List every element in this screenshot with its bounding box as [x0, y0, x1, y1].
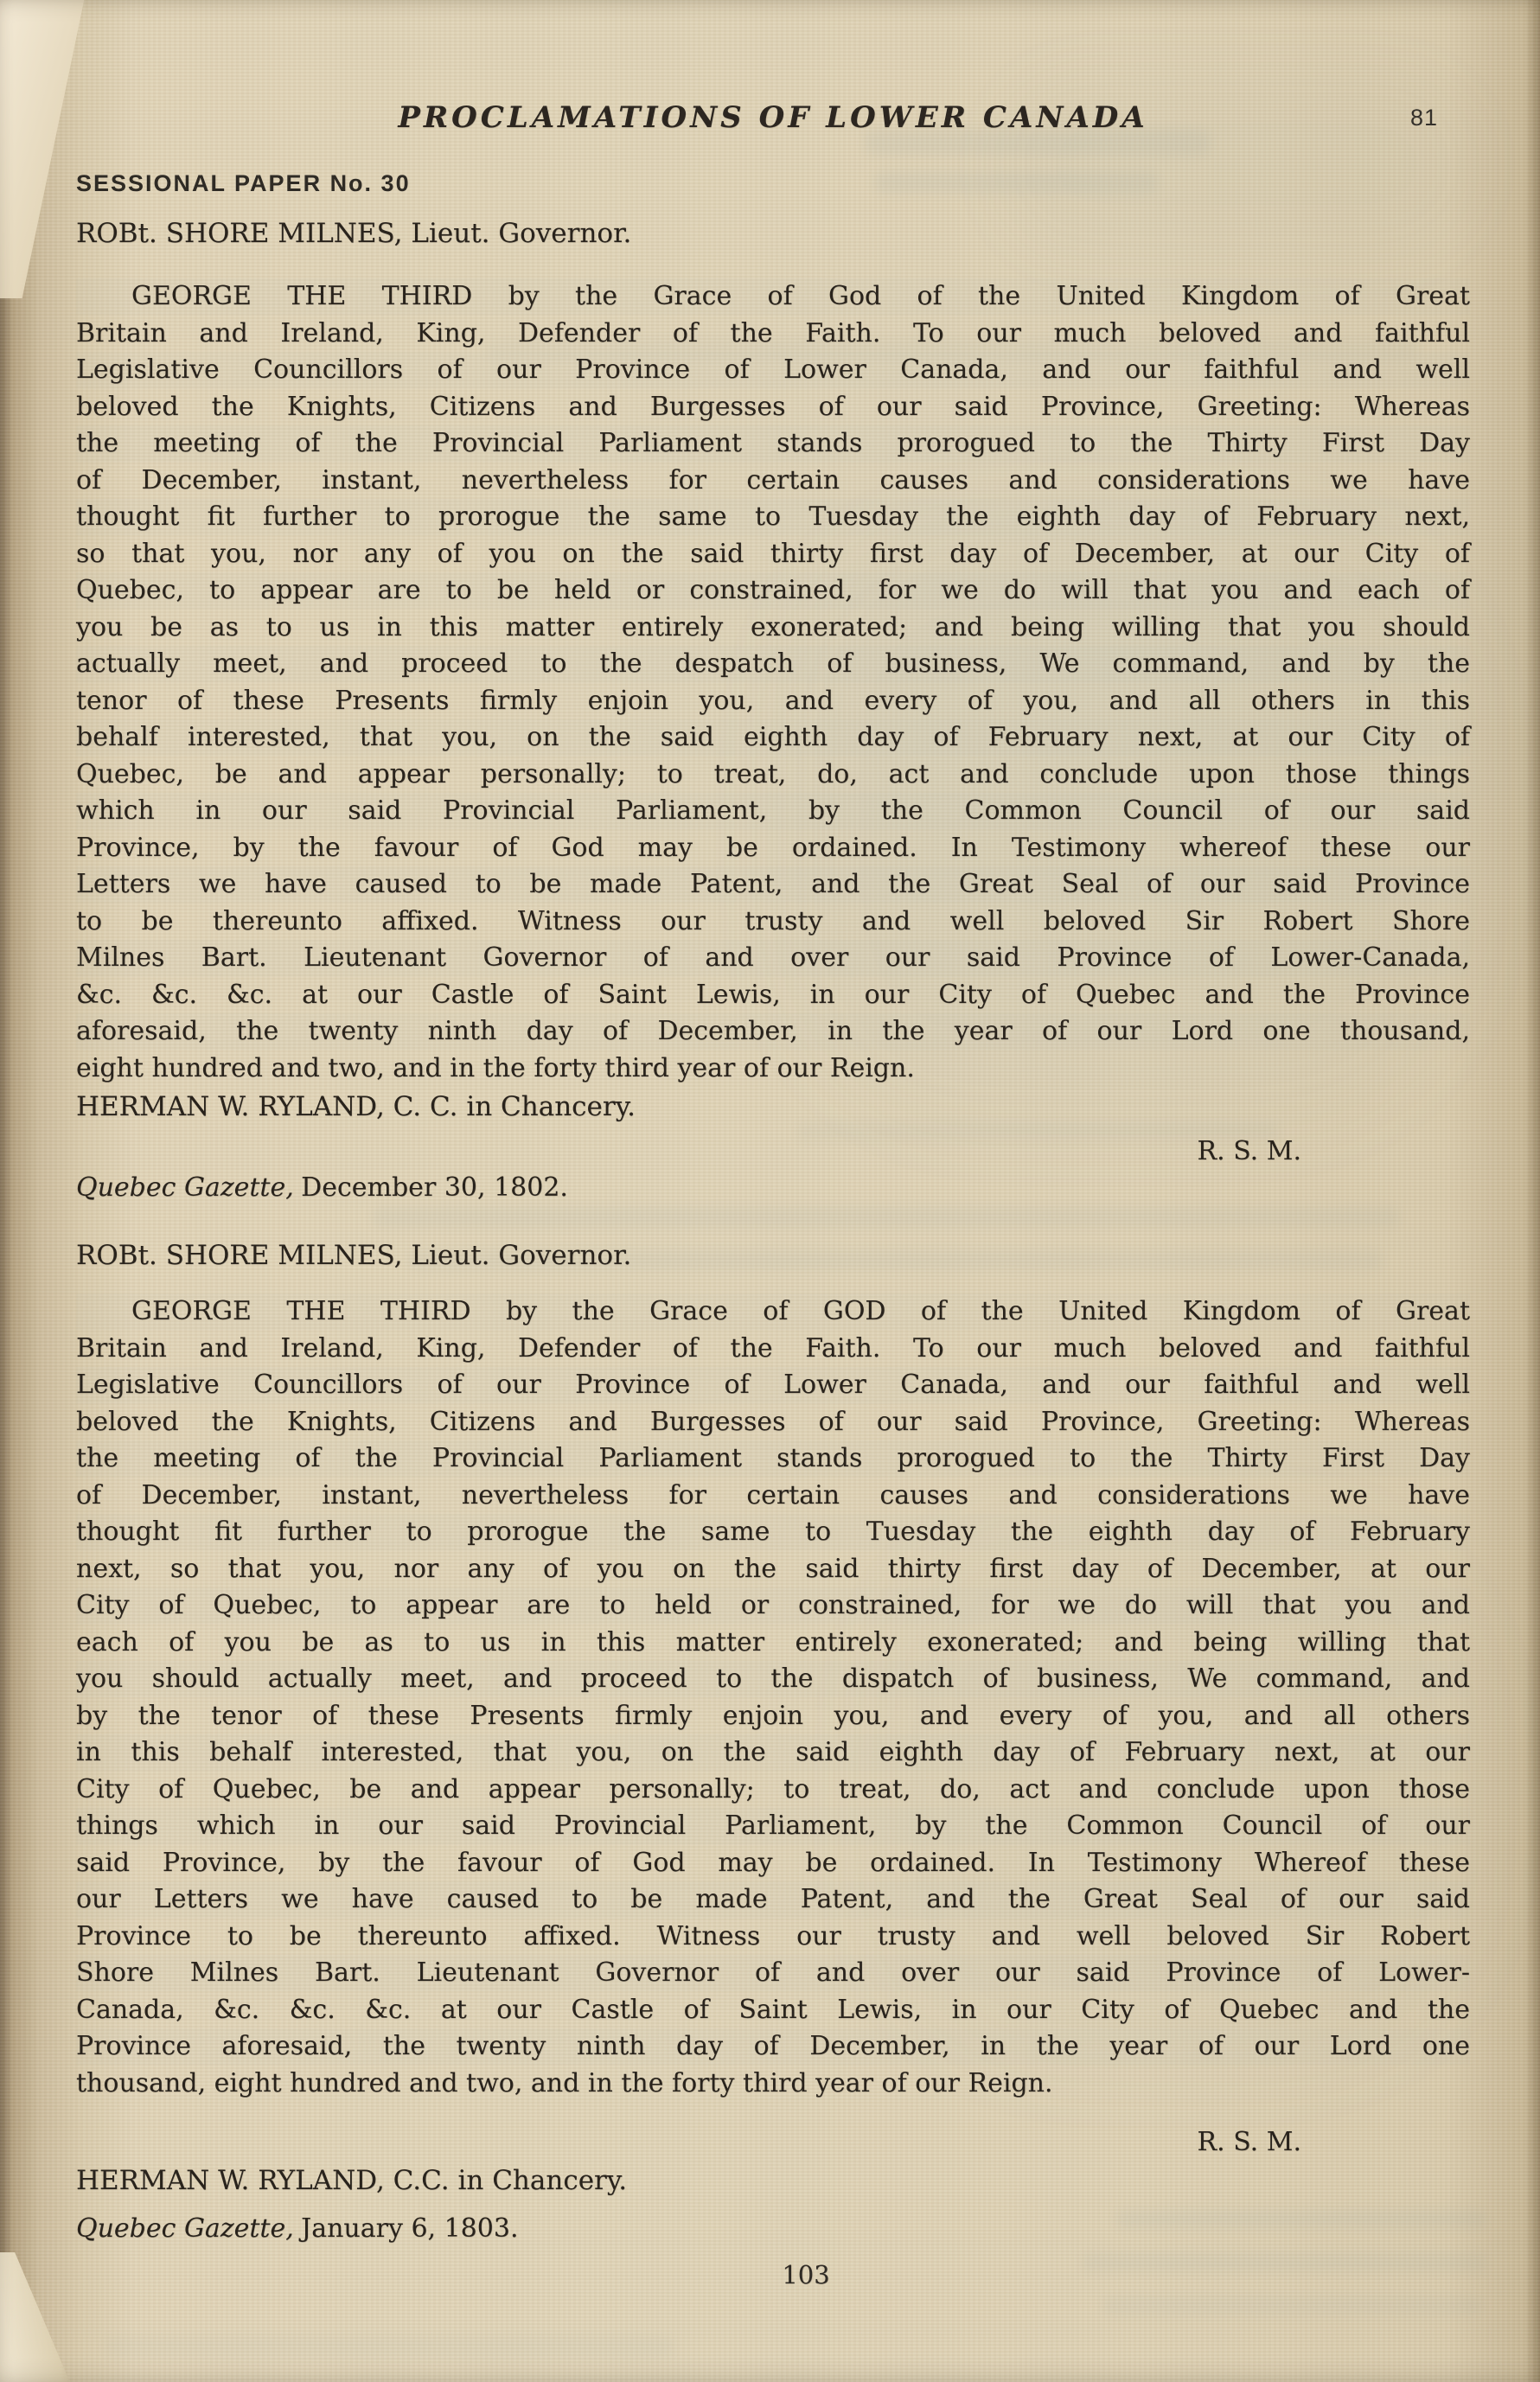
proclamation-heading: ROBt. SHORE MILNES, Lieut. Governor. — [76, 1240, 631, 1271]
governor-initials: R. S. M. — [76, 1136, 1470, 1166]
text-line: in this behalf interested, that you, on … — [76, 1734, 1470, 1772]
clerk-signature: HERMAN W. RYLAND, C. C. in Chancery. — [76, 1091, 636, 1122]
text-line: eight hundred and two, and in the forty … — [76, 1051, 1470, 1088]
show-through-artifact — [1115, 2210, 1487, 2229]
text-line: Legislative Councillors of our Province … — [76, 352, 1470, 389]
text-line: by the tenor of these Presents firmly en… — [76, 1698, 1470, 1735]
text-line: Canada, &c. &c. &c. at our Castle of Sai… — [76, 1992, 1470, 2029]
text-line: Britain and Ireland, King, Defender of t… — [76, 316, 1470, 353]
show-through-artifact — [372, 1207, 1401, 1228]
text-line: &c. &c. &c. at our Castle of Saint Lewis… — [76, 977, 1470, 1014]
sessional-paper-label: SESSIONAL PAPER No. 30 — [76, 170, 411, 197]
show-through-artifact — [104, 2336, 674, 2357]
text-line: of December, instant, nevertheless for c… — [76, 463, 1470, 500]
text-line: so that you, nor any of you on the said … — [76, 536, 1470, 573]
text-line: Quebec, be and appear personally; to tre… — [76, 757, 1470, 794]
text-line: tenor of these Presents firmly enjoin yo… — [76, 683, 1470, 720]
text-line: City of Quebec, to appear are to held or… — [76, 1587, 1470, 1625]
text-line: of December, instant, nevertheless for c… — [76, 1478, 1470, 1515]
text-line: the meeting of the Provincial Parliament… — [76, 425, 1470, 463]
text-line: you be as to us in this matter entirely … — [76, 610, 1470, 647]
proclamation-heading: ROBt. SHORE MILNES, Lieut. Governor. — [76, 218, 631, 249]
text-line: Province, by the favour of God may be or… — [76, 830, 1470, 867]
text-line: our Letters we have caused to be made Pa… — [76, 1881, 1470, 1919]
text-line: Letters we have caused to be made Patent… — [76, 866, 1470, 904]
text-line: actually meet, and proceed to the despat… — [76, 646, 1470, 683]
text-line: GEORGE THE THIRD by the Grace of God of … — [76, 278, 1470, 316]
text-line: you should actually meet, and proceed to… — [76, 1661, 1470, 1698]
page-number-top: 81 — [1410, 105, 1438, 131]
gazette-title: Quebec Gazette, — [76, 2213, 294, 2244]
text-line: behalf interested, that you, on the said… — [76, 719, 1470, 757]
text-line: thousand, eight hundred and two, and in … — [76, 2066, 1470, 2103]
proclamation-body: GEORGE THE THIRD by the Grace of God of … — [76, 278, 1470, 1087]
text-line: GEORGE THE THIRD by the Grace of GOD of … — [76, 1293, 1470, 1331]
gazette-date: January 6, 1803. — [301, 2213, 518, 2244]
show-through-artifact — [1102, 2296, 1483, 2315]
text-line: thought fit further to prorogue the same… — [76, 1514, 1470, 1551]
text-line: Quebec, to appear are to be held or cons… — [76, 572, 1470, 610]
text-line: the meeting of the Provincial Parliament… — [76, 1440, 1470, 1478]
gazette-date: December 30, 1802. — [301, 1172, 568, 1203]
page-curl-bottom-left — [0, 2252, 82, 2382]
text-line: next, so that you, nor any of you on the… — [76, 1551, 1470, 1588]
text-line: things which in our said Provincial Parl… — [76, 1808, 1470, 1845]
gazette-citation: Quebec Gazette,December 30, 1802. — [76, 1172, 568, 1203]
page-curl-top-left — [0, 0, 111, 298]
text-line: each of you be as to us in this matter e… — [76, 1625, 1470, 1662]
text-line: Province to be thereunto affixed. Witnes… — [76, 1919, 1470, 1956]
text-line: City of Quebec, be and appear personally… — [76, 1772, 1470, 1809]
show-through-artifact — [994, 69, 1479, 259]
proclamation-body: GEORGE THE THIRD by the Grace of GOD of … — [76, 1293, 1470, 2102]
gazette-title: Quebec Gazette, — [76, 1172, 294, 1203]
gazette-citation: Quebec Gazette,January 6, 1803. — [76, 2213, 518, 2244]
text-line: to be thereunto affixed. Witness our tru… — [76, 904, 1470, 941]
text-line: Legislative Councillors of our Province … — [76, 1367, 1470, 1404]
text-line: aforesaid, the twenty ninth day of Decem… — [76, 1013, 1470, 1051]
text-line: thought fit further to prorogue the same… — [76, 499, 1470, 536]
governor-initials: R. S. M. — [76, 2127, 1470, 2157]
book-page-scan: PROCLAMATIONS OF LOWER CANADA 81 SESSION… — [0, 0, 1540, 2382]
text-line: Shore Milnes Bart. Lieutenant Governor o… — [76, 1955, 1470, 1992]
page-number-bottom: 103 — [109, 2260, 1503, 2289]
text-line: Britain and Ireland, King, Defender of t… — [76, 1331, 1470, 1368]
clerk-signature: HERMAN W. RYLAND, C.C. in Chancery. — [76, 2165, 627, 2196]
text-line: beloved the Knights, Citizens and Burges… — [76, 389, 1470, 426]
text-line: Province aforesaid, the twenty ninth day… — [76, 2028, 1470, 2066]
text-line: beloved the Knights, Citizens and Burges… — [76, 1404, 1470, 1441]
text-line: which in our said Provincial Parliament,… — [76, 793, 1470, 830]
text-line: Milnes Bart. Lieutenant Governor of and … — [76, 940, 1470, 977]
show-through-artifact — [873, 171, 1159, 194]
running-header: PROCLAMATIONS OF LOWER CANADA — [76, 100, 1470, 135]
text-line: said Province, by the favour of God may … — [76, 1845, 1470, 1882]
